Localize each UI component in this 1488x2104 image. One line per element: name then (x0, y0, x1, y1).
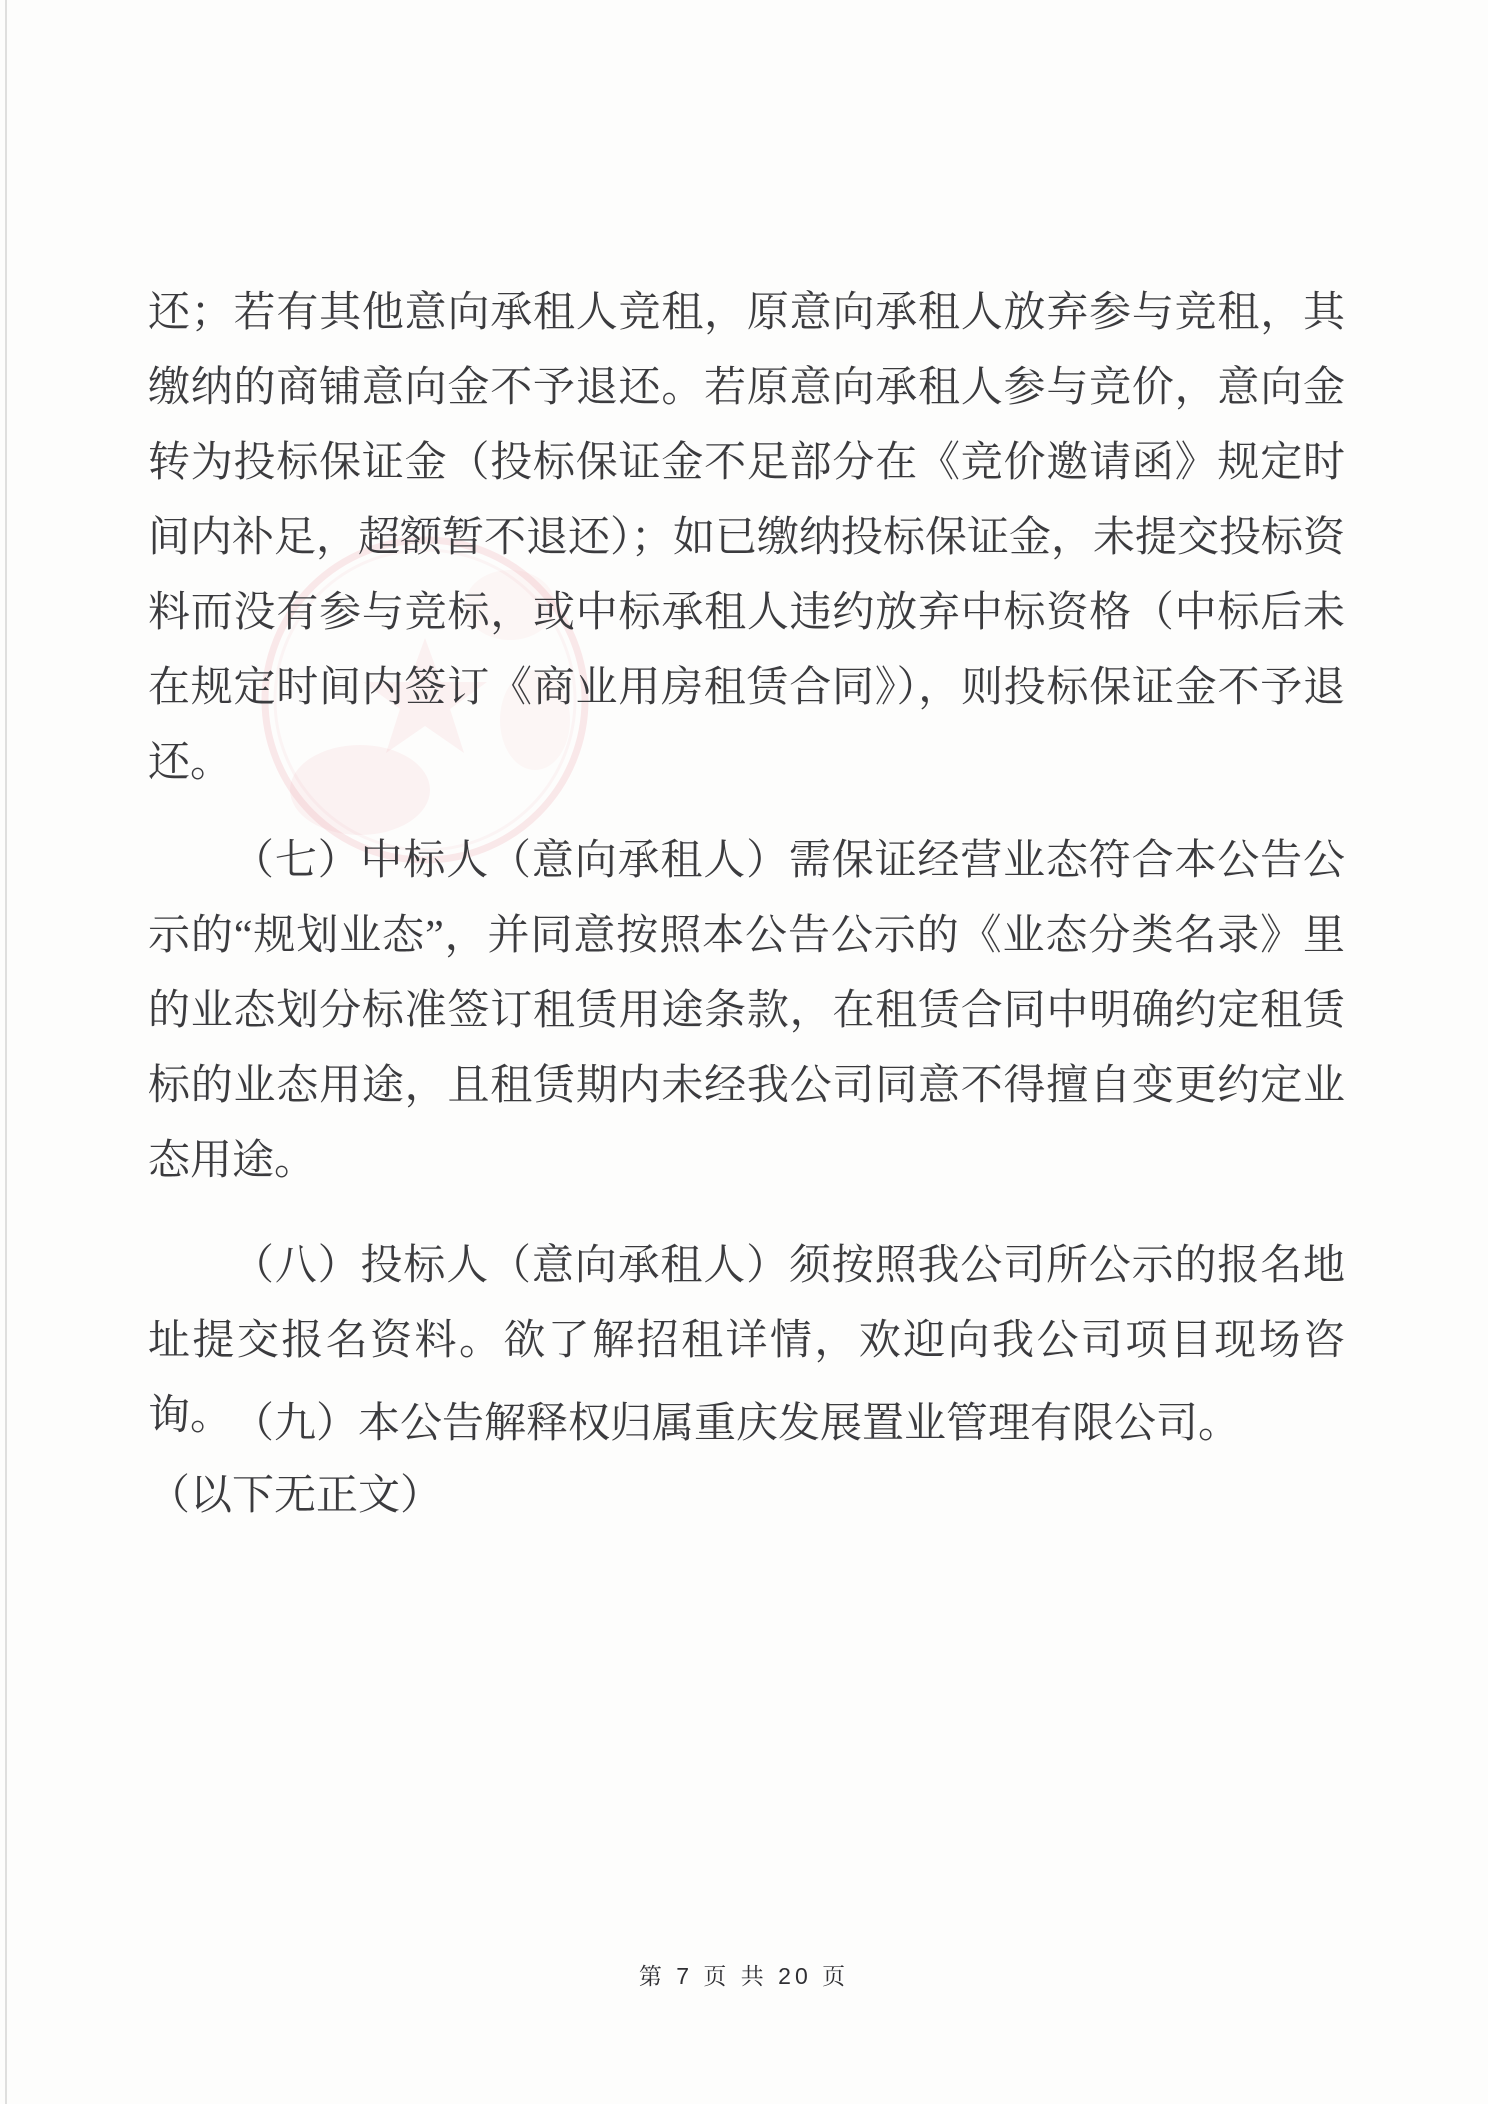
document-page: 还；若有其他意向承租人竞租，原意向承租人放弃参与竞租，其缴纳的商铺意向金不予退还… (0, 0, 1488, 2104)
body-paragraph-item-7: （七）中标人（意向承租人）需保证经营业态符合本公告公示的“规划业态”，并同意按照… (148, 824, 1345, 1199)
body-paragraph-continuation: 还；若有其他意向承租人竞租，原意向承租人放弃参与竞租，其缴纳的商铺意向金不予退还… (148, 276, 1345, 801)
scan-edge-artifact (5, 0, 7, 2104)
document-body: 还；若有其他意向承租人竞租，原意向承租人放弃参与竞租，其缴纳的商铺意向金不予退还… (148, 0, 1345, 2104)
body-paragraph-item-9: （九）本公告解释权归属重庆发展置业管理有限公司。 (148, 1387, 1345, 1462)
body-paragraph-end-note: （以下无正文） (148, 1459, 1345, 1534)
page-number-footer: 第 7 页 共 20 页 (0, 1958, 1488, 1991)
